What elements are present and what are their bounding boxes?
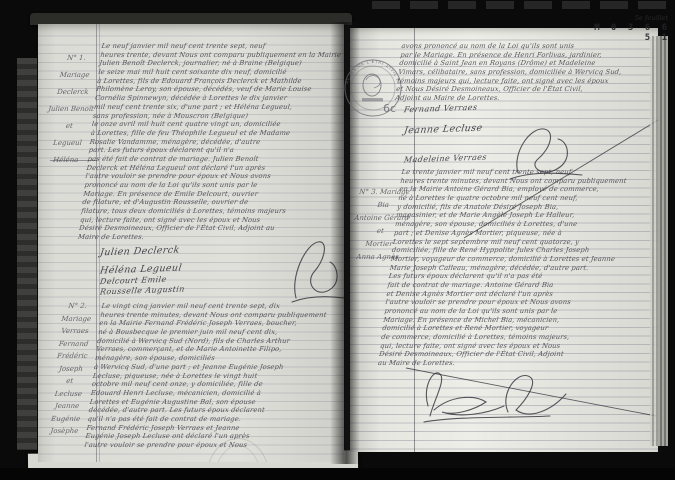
fiscal-stamp-legend: ACTES DE L'ÉTAT CIVIL ET EXTRAITS	[336, 54, 402, 87]
signatures-act3-flourishes	[420, 366, 570, 428]
film-header-block	[410, 1, 438, 9]
act1-body-text: Le neuf janvier mil neuf cent trente sep…	[77, 42, 340, 242]
register-left-page: N° 1. MariageDeclerckJulien BenoîtetLegu…	[38, 24, 344, 462]
film-bottom-strip	[0, 468, 675, 480]
film-header-block	[486, 1, 514, 9]
film-header-block	[600, 1, 628, 9]
microfilm-frame: N° 1. MariageDeclerckJulien BenoîtetLegu…	[0, 0, 675, 480]
feuillet-label: 5e feuillet	[598, 14, 668, 22]
act2-body-text: Le vingt cinq janvier mil neuf cent tren…	[84, 302, 340, 450]
frame-number: M 0 3 6 6 5 1	[588, 23, 670, 43]
fiscal-stamp-value: 6c	[383, 102, 396, 115]
act2-continued-text: avons prononcé au nom de la Loi qu'ils s…	[395, 42, 654, 103]
film-header-block	[524, 1, 552, 9]
svg-text:ACTES DE L'ÉTAT CIVIL ET EXTRA: ACTES DE L'ÉTAT CIVIL ET EXTRAITS	[336, 54, 402, 87]
film-header-block	[372, 1, 400, 9]
film-header-block	[448, 1, 476, 9]
film-header-block	[562, 1, 590, 9]
film-header-block	[638, 1, 666, 9]
book-left-page-edges	[17, 58, 37, 450]
book-right-page-edges	[650, 36, 668, 446]
fiscal-stamp: ACTES DE L'ÉTAT CIVIL ET EXTRAITS 6c	[336, 54, 410, 128]
act3-body-text: Le trente janvier mil neuf cent trente s…	[377, 168, 654, 368]
